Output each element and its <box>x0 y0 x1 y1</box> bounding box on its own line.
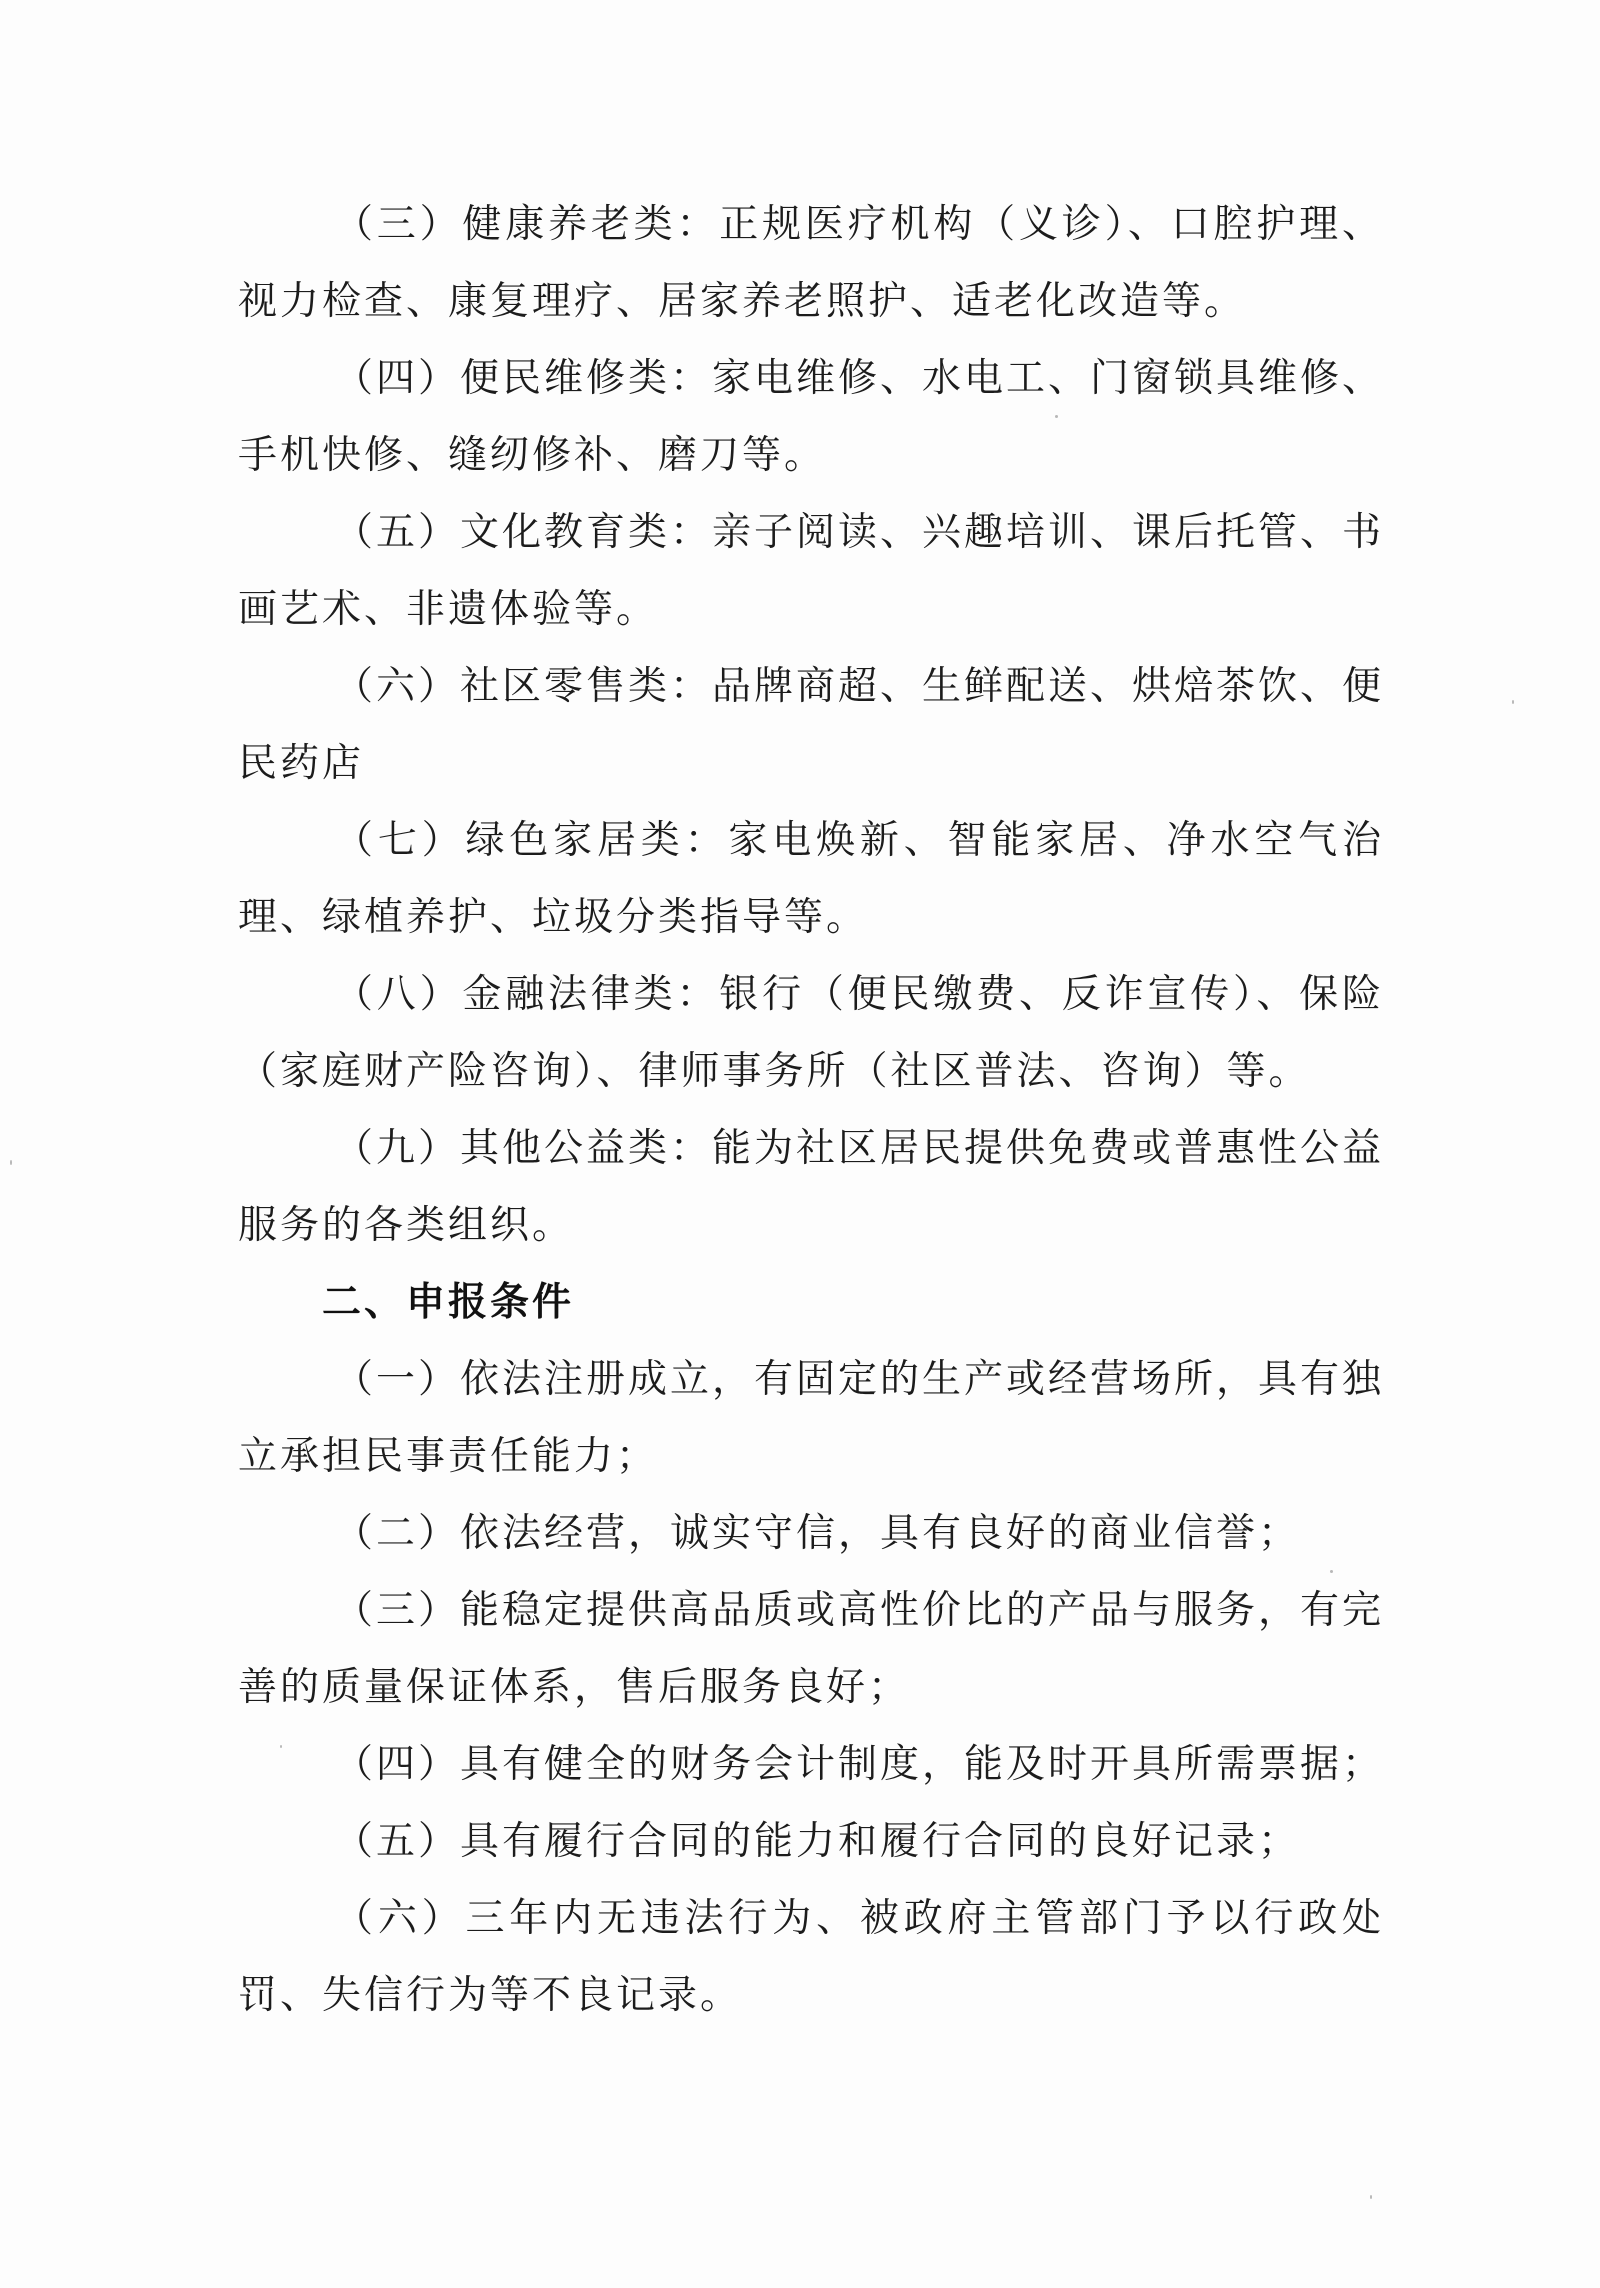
category-health-elderly: （三）健康养老类：正规医疗机构（义诊）、口腔护理、视力检查、康复理疗、居家养老照… <box>238 186 1384 340</box>
condition-registration: （一）依法注册成立，有固定的生产或经营场所，具有独立承担民事责任能力； <box>238 1341 1384 1495</box>
condition-accounting: （四）具有健全的财务会计制度，能及时开具所需票据； <box>238 1726 1384 1803</box>
scan-speck <box>1055 415 1058 418</box>
category-retail: （六）社区零售类：品牌商超、生鲜配送、烘焙茶饮、便民药店 <box>238 648 1384 802</box>
condition-contract-record: （五）具有履行合同的能力和履行合同的良好记录； <box>238 1803 1384 1880</box>
scan-speck <box>1512 700 1514 704</box>
condition-integrity: （二）依法经营，诚实守信，具有良好的商业信誉； <box>238 1495 1384 1572</box>
category-public-welfare: （九）其他公益类：能为社区居民提供免费或普惠性公益服务的各类组织。 <box>238 1110 1384 1264</box>
scan-speck <box>1330 1570 1333 1573</box>
section-heading-application-conditions: 二、申报条件 <box>238 1264 1384 1341</box>
category-green-home: （七）绿色家居类：家电焕新、智能家居、净水空气治理、绿植养护、垃圾分类指导等。 <box>238 802 1384 956</box>
condition-quality-service: （三）能稳定提供高品质或高性价比的产品与服务，有完善的质量保证体系，售后服务良好… <box>238 1572 1384 1726</box>
scan-speck <box>10 1160 12 1165</box>
category-culture-education: （五）文化教育类：亲子阅读、兴趣培训、课后托管、书画艺术、非遗体验等。 <box>238 494 1384 648</box>
category-repair: （四）便民维修类：家电维修、水电工、门窗锁具维修、手机快修、缝纫修补、磨刀等。 <box>238 340 1384 494</box>
scan-speck <box>1370 2195 1372 2199</box>
condition-no-violations: （六）三年内无违法行为、被政府主管部门予以行政处罚、失信行为等不良记录。 <box>238 1880 1384 2034</box>
scan-speck <box>280 1745 282 1748</box>
category-finance-law: （八）金融法律类：银行（便民缴费、反诈宣传）、保险（家庭财产险咨询）、律师事务所… <box>238 956 1384 1110</box>
document-page: （三）健康养老类：正规医疗机构（义诊）、口腔护理、视力检查、康复理疗、居家养老照… <box>238 186 1384 2034</box>
